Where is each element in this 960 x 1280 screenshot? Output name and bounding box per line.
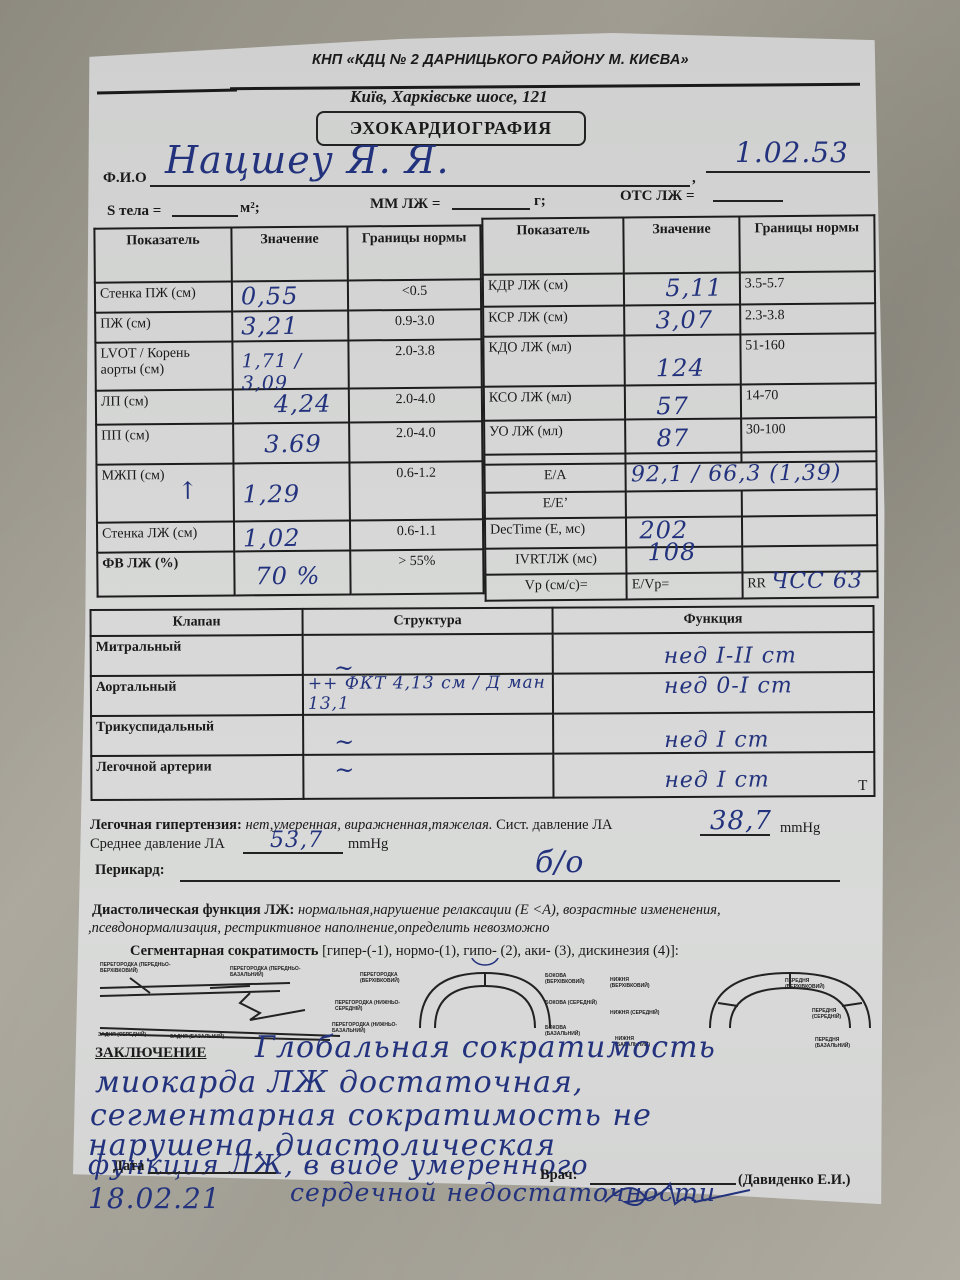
table-row: Стенка ПЖ (см) 0,55 <0.5 (95, 279, 481, 312)
systolic-pressure-value: 38,7 (710, 806, 772, 836)
fio-underline (150, 185, 690, 187)
value: 108 (647, 538, 696, 566)
value: 124 (656, 354, 705, 382)
body-surface-field (172, 215, 238, 217)
pulmonary-hypertension-line: Легочная гипертензия: нет,умеренная, вир… (90, 817, 613, 834)
table-row: ПП (см) 3.69 2.0-4.0 (96, 421, 482, 464)
table-row: Vp (см/с)= E/Vp= RRЧСС 63 (485, 571, 877, 600)
table-row: КСО ЛЖ (мл) 57 14-70 (484, 383, 876, 420)
valves-table: Клапан Структура Функция Митральный ~ не… (90, 605, 876, 801)
value: 1,02 (243, 524, 301, 553)
value: 70 % (255, 562, 320, 591)
conclusion-label: ЗАКЛЮЧЕНИЕ (95, 1045, 206, 1062)
table-row: Трикуспидальный ~ нед I ст (91, 712, 874, 756)
diastolic-function: Диастолическая функция ЛЖ: нормальная,на… (92, 902, 721, 919)
doctor-label: Врач: (540, 1167, 577, 1184)
table-row: Стенка ЛЖ (см) 1,02 0.6-1.1 (97, 519, 483, 552)
dob-underline (706, 171, 870, 173)
heart-rate-value: ЧСС 63 (771, 568, 863, 594)
corner-mark: T (858, 778, 867, 795)
increase-arrow-icon: ↑ (178, 477, 199, 505)
table-row: Аортальный ++ ФКТ 4,13 см / Д ман 13,1 н… (91, 672, 874, 716)
col-header-structure: Структура (303, 608, 553, 635)
rwt-label: ОТС ЛЖ = (620, 188, 695, 205)
doctor-name: (Давиденко Е.И.) (738, 1172, 850, 1189)
mean-pressure-label: Среднее давление ЛА (90, 836, 225, 853)
value: 3,21 (241, 312, 299, 341)
report-date: 18.02.21 (88, 1182, 221, 1215)
body-surface-unit: м²; (240, 200, 260, 217)
mean-pressure-value: 53,7 (270, 828, 323, 853)
table-row: КДР ЛЖ (см) 5,11 3.5-5.7 (483, 271, 875, 306)
date-label: Дата (113, 1158, 144, 1175)
table-row: ПЖ (см) 3,21 0.9-3.0 (95, 309, 481, 342)
value: 3.69 (264, 430, 322, 459)
table-row: ЛП (см) 4,24 2.0-4.0 (96, 387, 482, 424)
value: 87 (656, 424, 689, 452)
col-header-value: Значение (231, 226, 348, 281)
rwt-field (713, 200, 783, 202)
table-row: LVOT / Корень аорты (см) 1,71 / 3,09 2.0… (95, 339, 481, 390)
col-header-function: Функция (553, 606, 874, 634)
table-row: МЖП (см)↑ 1,29 0.6-1.2 (96, 461, 482, 522)
col-header-norm: Границы нормы (739, 215, 875, 272)
table-row: ФВ ЛЖ (%) 70 % > 55% (97, 549, 483, 596)
clinic-address: Київ, Харківське шосе, 121 (350, 87, 548, 107)
patient-dob: 1.02.53 (735, 136, 849, 169)
conclusion-line: функция ЛЖ, в виде умеренного (88, 1150, 589, 1181)
value: 1,29 (243, 480, 301, 509)
conclusion-line: Глобальная сократимость (255, 1030, 716, 1065)
doctor-signature (600, 1172, 760, 1212)
lv-mass-field (452, 208, 530, 210)
conclusion-line: миокарда ЛЖ достаточная, (95, 1065, 583, 1100)
body-surface-label: S тела = (107, 203, 161, 220)
value: 0,55 (241, 282, 299, 311)
col-header-parameter: Показатель (482, 217, 624, 274)
organization-name: КНП «КДЦ № 2 ДАРНИЦЬКОГО РАЙОНУ М. КИЄВА… (312, 52, 689, 68)
fio-label: Ф.И.О (103, 170, 147, 187)
patient-name: Нацшеу Я. Я. (165, 138, 450, 182)
value: 4,24 (274, 390, 332, 419)
left-measurements-table: Показатель Значение Границы нормы Стенка… (93, 224, 484, 597)
col-header-parameter: Показатель (94, 227, 231, 282)
col-header-valve: Клапан (91, 609, 303, 636)
value: 57 (656, 392, 689, 420)
table-row: УО ЛЖ (мл) 87 30-100 (484, 417, 876, 454)
table-row: E/E’ (485, 489, 877, 518)
value: 5,11 (665, 274, 723, 303)
col-header-value: Значение (624, 216, 740, 273)
pericard-label: Перикард: (95, 862, 165, 879)
table-row: КСР ЛЖ (см) 3,07 2.3-3.8 (483, 303, 875, 336)
lv-mass-label: ММ ЛЖ = (370, 196, 440, 213)
lv-mass-unit: г; (534, 193, 546, 210)
table-row: E/A 92,1 / 66,3 (1,39) (484, 461, 876, 492)
value: 92,1 / 66,3 (1,39) (631, 461, 842, 488)
value: 3,07 (655, 306, 713, 335)
pericard-value: б/о (535, 845, 584, 880)
diastolic-function-line2: ,псевдонормализация, рестриктивное напол… (88, 920, 550, 937)
table-row: КДО ЛЖ (мл) 124 51-160 (483, 333, 875, 386)
table-row: Митральный ~ нед I-II ст (91, 632, 874, 676)
right-measurements-table: Показатель Значение Границы нормы КДР ЛЖ… (481, 214, 878, 601)
table-row: Легочной артерии ~ нед I стT (91, 752, 874, 800)
col-header-norm: Границы нормы (348, 225, 481, 280)
